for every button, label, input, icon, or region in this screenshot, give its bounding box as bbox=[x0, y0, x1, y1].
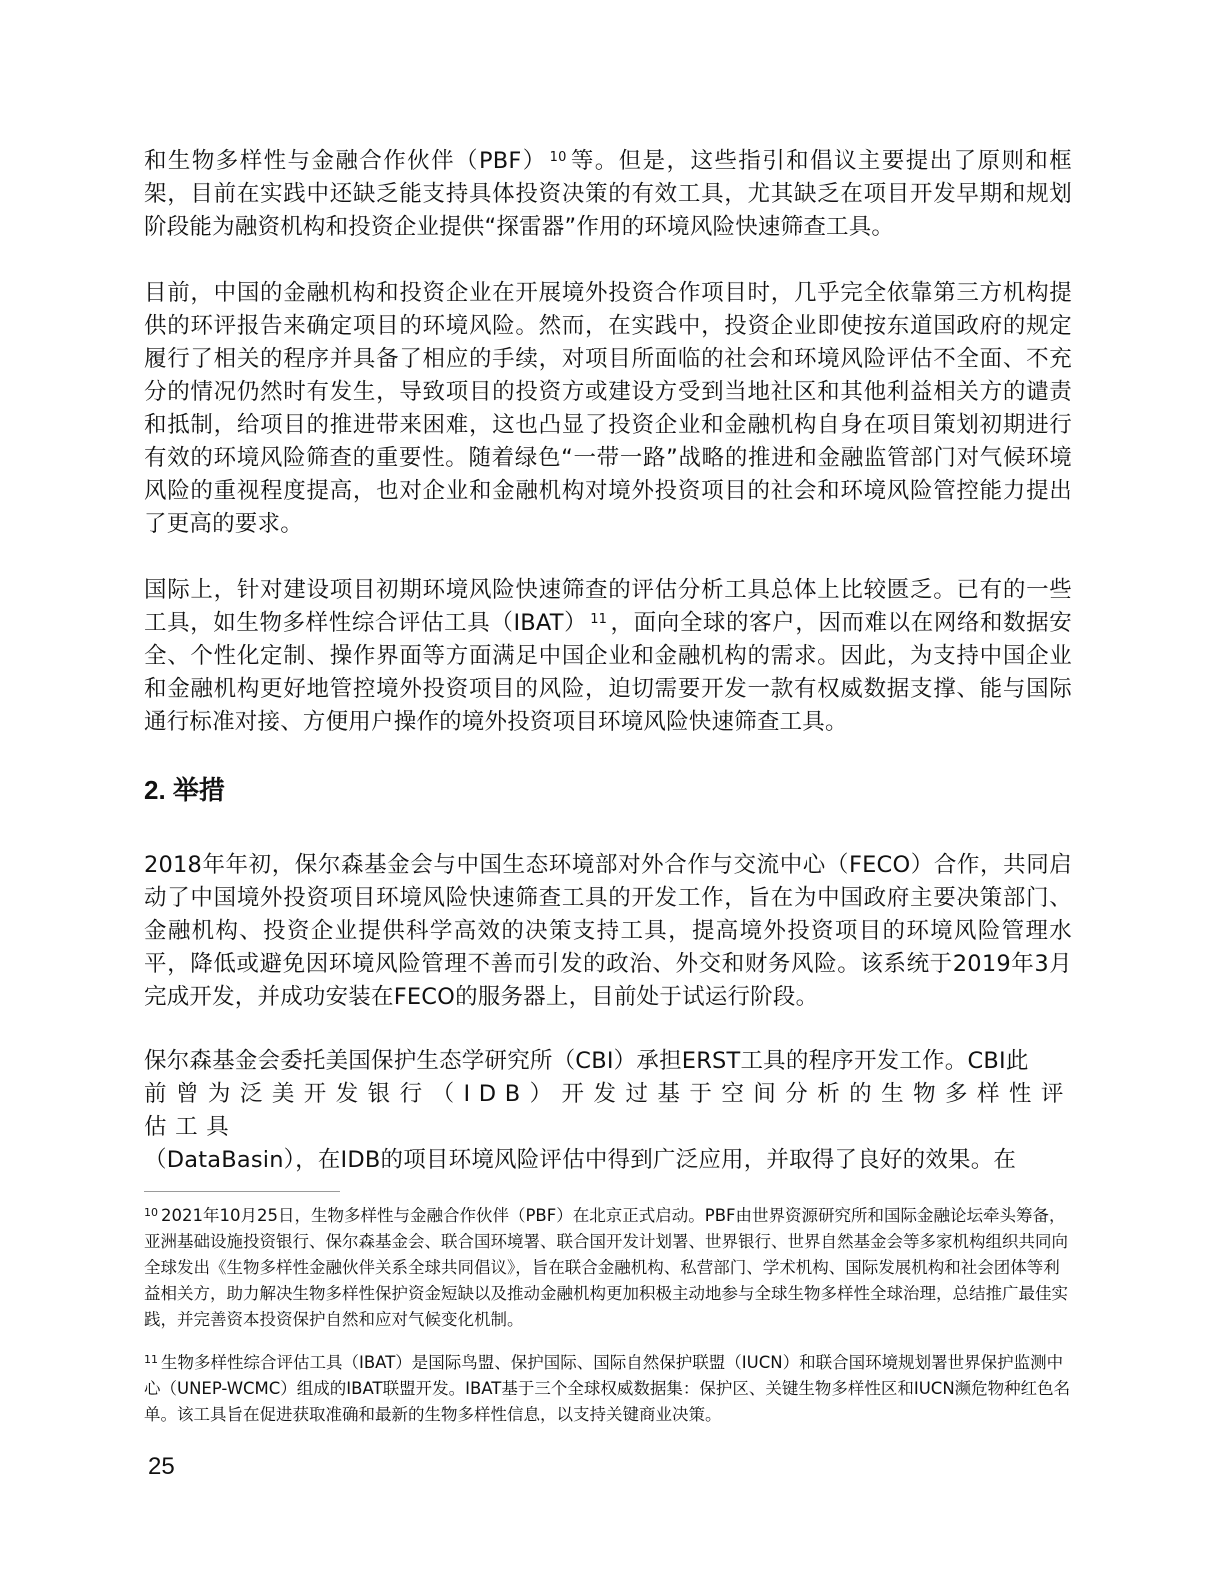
footnote-number: 10 bbox=[144, 1206, 161, 1219]
paragraph-3: 国际上，针对建设项目初期环境风险快速筛查的评估分析工具总体上比较匮乏。已有的一些… bbox=[144, 574, 1072, 739]
footnote-number: 11 bbox=[144, 1353, 161, 1366]
paragraph-text: 和生物多样性与金融合作伙伴（PBF） bbox=[144, 148, 547, 174]
footnote-text: 生物多样性综合评估工具（IBAT）是国际鸟盟、保护国际、国际自然保护联盟（IUC… bbox=[144, 1353, 1070, 1424]
footnote-10: 102021年10月25日，生物多样性与金融合作伙伴（PBF）在北京正式启动。P… bbox=[144, 1203, 1072, 1333]
document-page: 和生物多样性与金融合作伙伴（PBF）10等。但是，这些指引和倡议主要提出了原则和… bbox=[0, 0, 1224, 1584]
paragraph-5: 保尔森基金会委托美国保护生态学研究所（CBI）承担ERST工具的程序开发工作。C… bbox=[144, 1045, 1072, 1177]
section-heading: 2. 举措 bbox=[144, 772, 225, 808]
footnote-11: 11生物多样性综合评估工具（IBAT）是国际鸟盟、保护国际、国际自然保护联盟（I… bbox=[144, 1350, 1072, 1428]
footnote-text: 2021年10月25日，生物多样性与金融合作伙伴（PBF）在北京正式启动。PBF… bbox=[144, 1206, 1068, 1329]
page-number: 25 bbox=[148, 1452, 175, 1482]
footnote-ref-11[interactable]: 11 bbox=[587, 612, 610, 627]
paragraph-4: 2018年年初，保尔森基金会与中国生态环境部对外合作与交流中心（FECO）合作，… bbox=[144, 849, 1072, 1014]
paragraph-1: 和生物多样性与金融合作伙伴（PBF）10等。但是，这些指引和倡议主要提出了原则和… bbox=[144, 145, 1072, 244]
paragraph-5-line-2: 前曾为泛美开发银行（IDB）开发过基于空间分析的生物多样性评估工具 bbox=[144, 1078, 1072, 1144]
paragraph-2: 目前，中国的金融机构和投资企业在开展境外投资合作项目时，几乎完全依靠第三方机构提… bbox=[144, 277, 1072, 541]
paragraph-5-line-3: （DataBasin），在IDB的项目环境风险评估中得到广泛应用，并取得了良好的… bbox=[144, 1144, 1072, 1177]
paragraph-5-line-1: 保尔森基金会委托美国保护生态学研究所（CBI）承担ERST工具的程序开发工作。C… bbox=[144, 1045, 1072, 1078]
footnote-divider bbox=[144, 1191, 340, 1192]
footnote-ref-10[interactable]: 10 bbox=[547, 150, 570, 165]
